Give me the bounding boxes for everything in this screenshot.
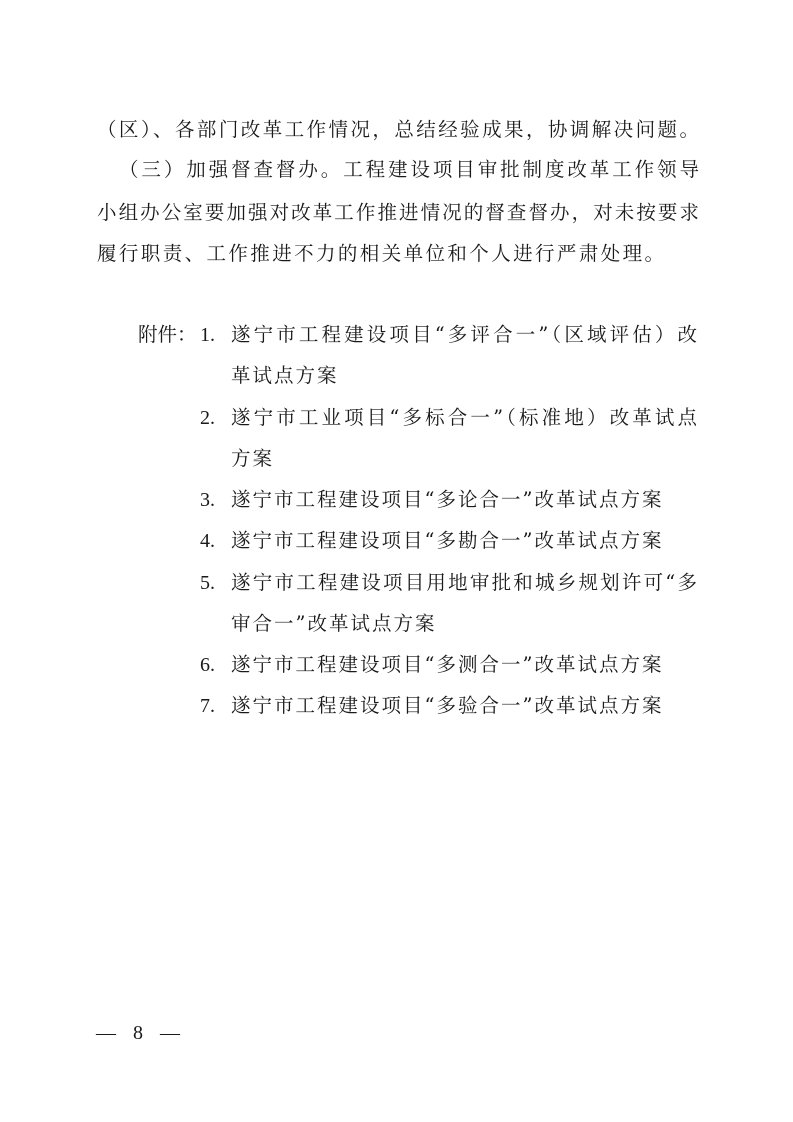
attachment-item: 遂宁市工程建设项目“多测合一”改革试点方案 bbox=[231, 653, 663, 677]
paragraph-line: 履行职责、工作推进不力的相关单位和个人进行严肃处理。 bbox=[97, 242, 699, 266]
attachment-item-cont: 审合一”改革试点方案 bbox=[231, 612, 436, 636]
attachment-number: 1. bbox=[200, 323, 215, 347]
attachment-number: 3. bbox=[200, 488, 215, 512]
paragraph-line: 小组办公室要加强对改革工作推进情况的督查督办，对未按要求 bbox=[97, 201, 699, 225]
paragraph-line: （区）、各部门改革工作情况，总结经验成果，协调解决问题。 bbox=[97, 118, 699, 142]
attachment-item: 遂宁市工程建设项目“多验合一”改革试点方案 bbox=[231, 694, 663, 718]
attachment-number: 7. bbox=[200, 694, 215, 718]
attachment-item: 遂宁市工程建设项目“多论合一”改革试点方案 bbox=[231, 488, 663, 512]
attachment-number: 4. bbox=[200, 529, 215, 553]
attachment-item: 遂宁市工程建设项目用地审批和城乡规划许可“多 bbox=[231, 571, 699, 595]
attachment-item: 遂宁市工程建设项目“多评合一”（区域评估）改 bbox=[231, 323, 699, 347]
attachment-item-cont: 方案 bbox=[231, 447, 274, 471]
attachments-label: 附件： bbox=[138, 323, 197, 347]
attachment-number: 2. bbox=[200, 406, 215, 430]
attachment-item: 遂宁市工程建设项目“多勘合一”改革试点方案 bbox=[231, 529, 663, 553]
attachment-number: 5. bbox=[200, 571, 215, 595]
attachment-item: 遂宁市工业项目“多标合一”（标准地）改革试点 bbox=[231, 406, 699, 430]
section-heading-line: （三）加强督查督办。工程建设项目审批制度改革工作领导 bbox=[119, 158, 699, 182]
attachment-item-cont: 革试点方案 bbox=[231, 364, 339, 388]
page-number: — 8 — bbox=[96, 1022, 186, 1045]
attachment-number: 6. bbox=[200, 653, 215, 677]
